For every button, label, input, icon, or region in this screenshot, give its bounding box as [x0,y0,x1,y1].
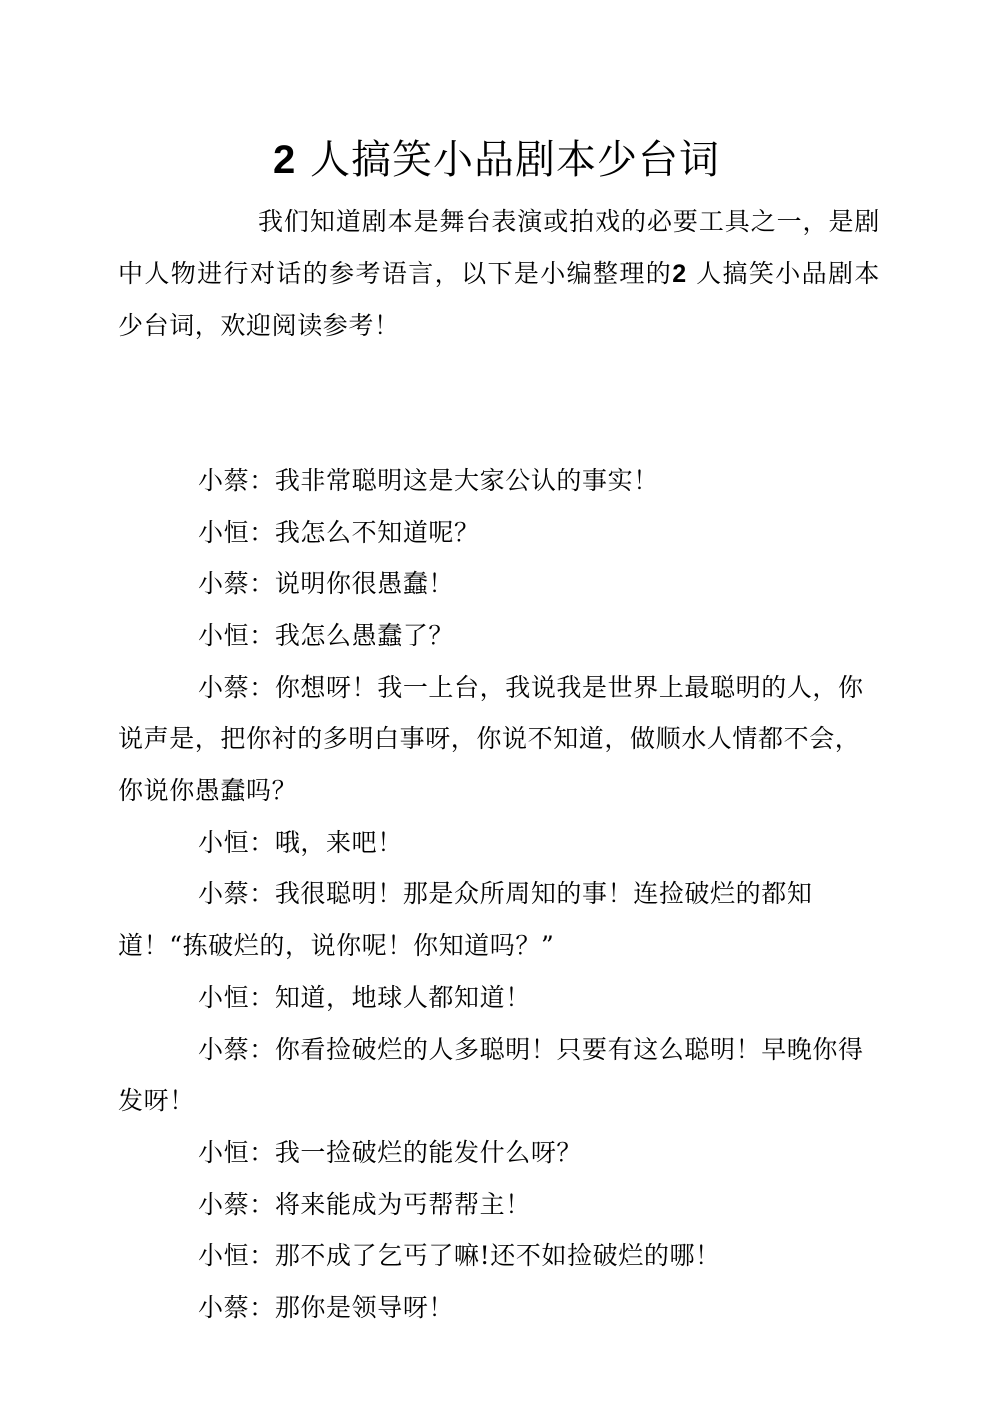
line-text: 我怎么愚蠢了？ [275,621,454,650]
speaker-name: 小恒 [198,1138,249,1167]
dialogue-line: 小蔡：说明你很愚蠢！ [118,558,880,610]
speaker-separator: ： [249,673,275,702]
speaker-name: 小恒 [198,983,249,1012]
document-page: 2 人搞笑小品剧本少台词 我们知道剧本是舞台表演或拍戏的必要工具之一，是剧中人物… [0,0,993,1404]
intro-paragraph: 我们知道剧本是舞台表演或拍戏的必要工具之一，是剧中人物进行对话的参考语言，以下是… [118,196,880,352]
speaker-name: 小恒 [198,518,249,547]
dialogue-line: 小恒：那不成了乞丐了嘛!还不如捡破烂的哪！ [118,1230,880,1282]
document-title: 2 人搞笑小品剧本少台词 [0,130,993,190]
line-text: 哦，来吧！ [275,828,403,857]
dialogue-line: 小恒：我怎么愚蠢了？ [118,610,880,662]
speaker-separator: ： [249,621,275,650]
speaker-separator: ： [249,828,275,857]
line-text: 那你是领导呀！ [275,1293,454,1322]
speaker-name: 小蔡 [198,1293,249,1322]
speaker-name: 小恒 [198,1241,249,1270]
line-text: 我一捡破烂的能发什么呀？ [275,1138,582,1167]
speaker-name: 小恒 [198,828,249,857]
intro-number: 2 [672,260,687,288]
dialogue-line: 小蔡：那你是领导呀！ [118,1282,880,1334]
speaker-name: 小蔡 [198,1190,249,1219]
dialogue-line: 小蔡：你想呀！我一上台，我说我是世界上最聪明的人，你说声是，把你衬的多明白事呀，… [118,662,880,817]
speaker-separator: ： [249,1138,275,1167]
speaker-name: 小蔡 [198,1035,249,1064]
speaker-separator: ： [249,1035,275,1064]
dialogue-line: 小蔡：我很聪明！那是众所周知的事！连捡破烂的都知道！“拣破烂的，说你呢！你知道吗… [118,868,880,971]
line-text: 我非常聪明这是大家公认的事实！ [275,466,659,495]
speaker-separator: ： [249,1190,275,1219]
speaker-separator: ： [249,1241,275,1270]
dialogue-line: 小恒：哦，来吧！ [118,817,880,869]
line-text: 那不成了乞丐了嘛!还不如捡破烂的哪！ [275,1241,721,1270]
dialogue-line: 小恒：知道，地球人都知道！ [118,972,880,1024]
dialogue-section: 小蔡：我非常聪明这是大家公认的事实！ 小恒：我怎么不知道呢？ 小蔡：说明你很愚蠢… [118,403,880,1334]
line-text: 将来能成为丐帮帮主！ [275,1190,531,1219]
speaker-separator: ： [249,569,275,598]
speaker-separator: ： [249,466,275,495]
dialogue-line: 小恒：我一捡破烂的能发什么呀？ [118,1127,880,1179]
speaker-separator: ： [249,879,275,908]
line-text: 我怎么不知道呢？ [275,518,480,547]
speaker-name: 小蔡 [198,466,249,495]
line-text: 说明你很愚蠢！ [275,569,454,598]
document-body: 我们知道剧本是舞台表演或拍戏的必要工具之一，是剧中人物进行对话的参考语言，以下是… [118,196,880,1334]
speaker-name: 小蔡 [198,879,249,908]
dialogue-line: 小蔡：将来能成为丐帮帮主！ [118,1179,880,1231]
line-text: 知道，地球人都知道！ [275,983,531,1012]
dialogue-line: 小蔡：你看捡破烂的人多聪明！只要有这么聪明！早晚你得发呀！ [118,1024,880,1127]
speaker-separator: ： [249,1293,275,1322]
title-number: 2 [273,138,296,182]
speaker-separator: ： [249,983,275,1012]
speaker-separator: ： [249,518,275,547]
title-text: 人搞笑小品剧本少台词 [310,137,720,183]
blank-line [118,403,880,455]
speaker-name: 小恒 [198,621,249,650]
speaker-name: 小蔡 [198,673,249,702]
dialogue-line: 小恒：我怎么不知道呢？ [118,507,880,559]
dialogue-line: 小蔡：我非常聪明这是大家公认的事实！ [118,455,880,507]
speaker-name: 小蔡 [198,569,249,598]
